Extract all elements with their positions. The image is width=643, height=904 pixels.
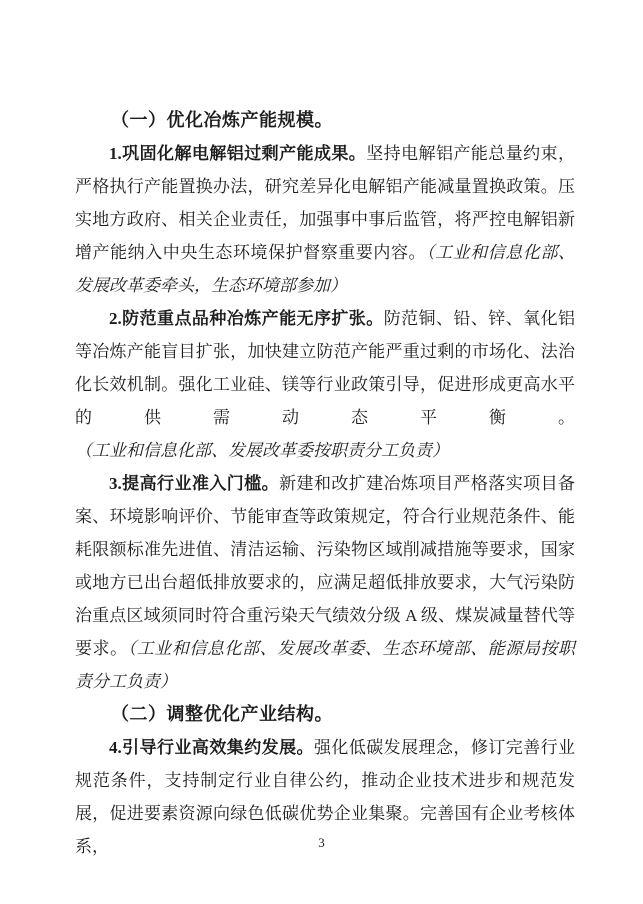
document-body: （一）优化冶炼产能规模。 1.巩固化解电解铝过剩产能成果。坚持电解铝产能总量约束… bbox=[75, 104, 575, 863]
paragraph-3-attribution: （工业和信息化部、发展改革委、生态环境部、能源局按职责分工负责） bbox=[75, 639, 575, 691]
paragraph-4-lead: 4.引导行业高效集约发展。 bbox=[109, 738, 314, 757]
paragraph-3-lead: 3.提高行业准入门槛。 bbox=[109, 474, 279, 493]
section-2-heading: （二）调整优化产业结构。 bbox=[75, 698, 575, 731]
paragraph-3: 3.提高行业准入门槛。新建和改扩建冶炼项目严格落实项目备案、环境影响评价、节能审… bbox=[75, 467, 575, 698]
paragraph-3-body: 新建和改扩建冶炼项目严格落实项目备案、环境影响评价、节能审查等政策规定，符合行业… bbox=[75, 474, 575, 658]
paragraph-1: 1.巩固化解电解铝过剩产能成果。坚持电解铝产能总量约束，严格执行产能置换办法，研… bbox=[75, 137, 575, 302]
paragraph-2-lead: 2.防范重点品种冶炼产能无序扩张。 bbox=[109, 309, 384, 328]
paragraph-2-attribution: （工业和信息化部、发展改革委按职责分工负责） bbox=[75, 441, 449, 460]
page-number: 3 bbox=[0, 835, 643, 851]
document-page: （一）优化冶炼产能规模。 1.巩固化解电解铝过剩产能成果。坚持电解铝产能总量约束… bbox=[0, 0, 643, 904]
paragraph-1-lead: 1.巩固化解电解铝过剩产能成果。 bbox=[109, 144, 366, 163]
section-1-heading: （一）优化冶炼产能规模。 bbox=[75, 104, 575, 137]
paragraph-2: 2.防范重点品种冶炼产能无序扩张。防范铜、铅、锌、氧化铝等冶炼产能盲目扩张，加快… bbox=[75, 302, 575, 467]
